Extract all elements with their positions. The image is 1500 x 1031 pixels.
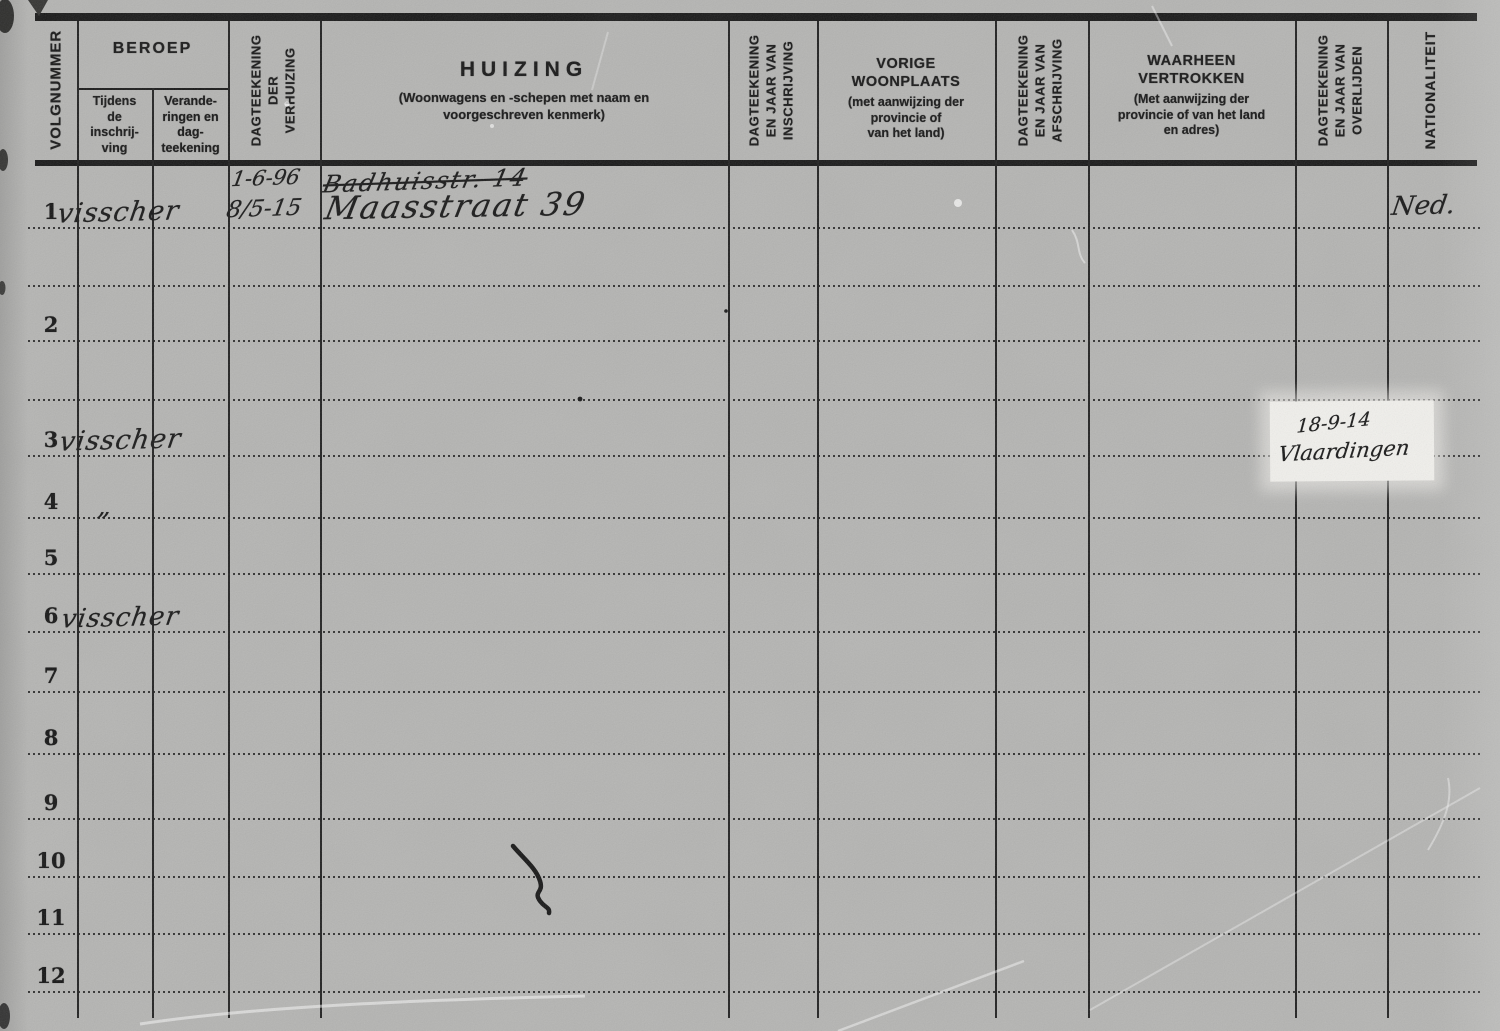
column-header-vorige-woonplaats: VORIGE WOONPLAATS bbox=[817, 55, 995, 91]
row-dotted-line bbox=[28, 691, 1481, 693]
handwriting-row1-verhuizing-date2: 8/5-15 bbox=[224, 195, 303, 224]
column-divider-line bbox=[228, 21, 230, 1018]
row-number bbox=[32, 257, 70, 283]
column-divider-line bbox=[728, 21, 730, 1018]
crease-line bbox=[1090, 788, 1480, 1010]
row-dotted-line bbox=[28, 399, 1481, 401]
film-edge-blob bbox=[0, 1003, 10, 1029]
column-header-waarheen-vertrokken: WAARHEEN VERTROKKEN bbox=[1088, 52, 1295, 88]
row-dotted-line bbox=[28, 818, 1481, 820]
column-divider-line bbox=[995, 21, 997, 1018]
column-header-nationaliteit: NATIONALITEIT bbox=[1362, 22, 1498, 158]
row-dotted-line bbox=[28, 753, 1481, 755]
beroep-subheader-inschrijving: Tijdens de inschrij- ving bbox=[78, 94, 151, 157]
row-number: 2 bbox=[32, 312, 70, 338]
beroep-subheader-veranderingen: Verande- ringen en dag- teekening bbox=[153, 94, 228, 157]
handwriting-row3-beroep: visscher bbox=[57, 423, 183, 457]
row-dotted-line bbox=[28, 933, 1481, 935]
scanned-register-page: VOLGNUMMER DAGTEEKENING DER VERHUIZING D… bbox=[0, 0, 1500, 1031]
handwriting-row1-verhuizing-date1: 1-6-96 bbox=[230, 165, 302, 191]
row-number bbox=[32, 371, 70, 397]
column-divider-line bbox=[320, 21, 322, 1018]
row-number: 7 bbox=[32, 663, 70, 689]
crease-line bbox=[140, 996, 585, 1024]
film-edge-blob bbox=[0, 281, 6, 295]
crease-line bbox=[1152, 6, 1172, 46]
handwriting-row6-beroep: visscher bbox=[59, 601, 181, 634]
huizing-subheader: (Woonwagens en -schepen met naam en voor… bbox=[320, 90, 728, 124]
row-number: 5 bbox=[32, 545, 70, 571]
row-dotted-line bbox=[28, 876, 1481, 878]
row-dotted-line bbox=[28, 340, 1481, 342]
waarheen-vertrokken-subheader: (Met aanwijzing der provincie of van het… bbox=[1088, 92, 1295, 139]
handwriting-row1-beroep: visscher bbox=[55, 195, 181, 229]
row-dotted-line bbox=[28, 227, 1481, 229]
paper-speck bbox=[954, 199, 962, 207]
row-dotted-line bbox=[28, 517, 1481, 519]
row-dotted-line bbox=[28, 285, 1481, 287]
crease-line bbox=[1072, 230, 1085, 263]
row-dotted-line bbox=[28, 631, 1481, 633]
ink-scribble bbox=[513, 846, 549, 913]
row-dotted-line bbox=[28, 573, 1481, 575]
row-dotted-line bbox=[28, 455, 1481, 457]
row-number: 4 bbox=[32, 489, 70, 515]
handwriting-row1-huizing: Maasstraat 39 bbox=[322, 185, 590, 228]
header-bottom-rule bbox=[35, 160, 1477, 166]
row-dotted-line bbox=[28, 991, 1481, 993]
paper-speck bbox=[490, 124, 494, 128]
column-divider-line bbox=[817, 21, 819, 1018]
column-header-huizing: HUIZING bbox=[320, 58, 728, 82]
column-divider-line bbox=[1088, 21, 1090, 1018]
vorige-woonplaats-subheader: (met aanwijzing der provincie of van het… bbox=[817, 95, 995, 142]
column-divider-line bbox=[77, 21, 79, 1018]
column-divider-line bbox=[1387, 21, 1389, 1018]
column-header-beroep: BEROEP bbox=[77, 40, 228, 58]
row-number: 11 bbox=[32, 905, 70, 931]
row-number: 8 bbox=[32, 725, 70, 751]
header-top-rule bbox=[35, 13, 1477, 21]
row-number: 12 bbox=[32, 963, 70, 989]
handwriting-row1-nationaliteit: Ned. bbox=[1390, 190, 1458, 222]
crease-line bbox=[1428, 778, 1449, 850]
row-number: 10 bbox=[32, 848, 70, 874]
column-divider-line bbox=[1295, 21, 1297, 1018]
row-number: 9 bbox=[32, 790, 70, 816]
